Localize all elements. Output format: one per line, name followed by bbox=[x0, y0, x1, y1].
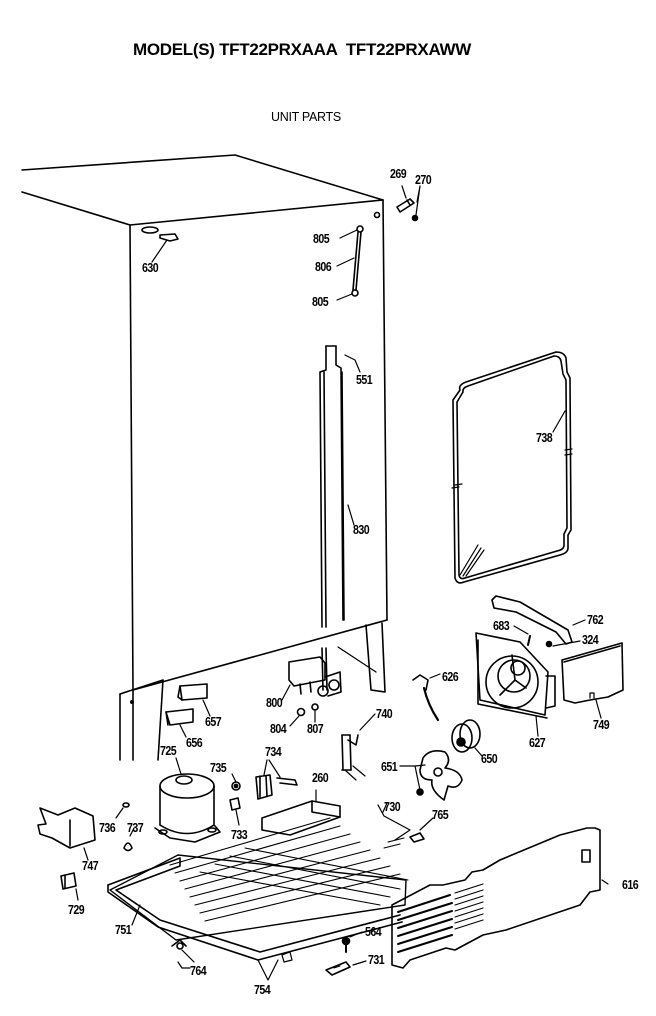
part-label-260: 260 bbox=[312, 772, 328, 785]
part-label-564: 564 bbox=[365, 926, 381, 939]
part-830-channel bbox=[320, 346, 385, 692]
part-650-motor bbox=[452, 720, 482, 756]
part-label-754: 754 bbox=[254, 984, 270, 997]
part-label-734: 734 bbox=[265, 746, 281, 759]
part-label-731: 731 bbox=[368, 954, 384, 967]
part-627-fan-shroud bbox=[476, 633, 555, 736]
part-740 bbox=[342, 714, 375, 780]
part-label-627: 627 bbox=[529, 737, 545, 750]
part-630-latch bbox=[142, 227, 178, 262]
part-label-733: 733 bbox=[231, 829, 247, 842]
part-765-clip bbox=[410, 818, 433, 842]
part-749-cover bbox=[562, 643, 623, 718]
part-800-valve bbox=[282, 648, 341, 700]
part-805-806-tube bbox=[337, 226, 363, 300]
part-label-751: 751 bbox=[115, 924, 131, 937]
part-label-656: 656 bbox=[186, 737, 202, 750]
part-label-616: 616 bbox=[622, 879, 638, 892]
part-label-804: 804 bbox=[270, 723, 286, 736]
part-label-270: 270 bbox=[415, 174, 431, 187]
part-label-740: 740 bbox=[376, 708, 392, 721]
part-label-738: 738 bbox=[536, 432, 552, 445]
part-735-733 bbox=[230, 774, 240, 825]
part-751-base-pan bbox=[108, 858, 402, 980]
part-616-grille bbox=[392, 828, 608, 968]
part-626-cord bbox=[413, 674, 440, 720]
cabinet-body bbox=[22, 155, 387, 760]
part-label-736: 736 bbox=[99, 822, 115, 835]
part-564-731 bbox=[326, 932, 366, 975]
part-label-551: 551 bbox=[356, 374, 372, 387]
part-269-270 bbox=[397, 186, 420, 221]
part-label-651: 651 bbox=[381, 761, 397, 774]
part-label-735: 735 bbox=[210, 762, 226, 775]
part-label-324: 324 bbox=[582, 634, 598, 647]
part-651-fan-blade bbox=[400, 751, 462, 800]
part-label-650: 650 bbox=[481, 753, 497, 766]
part-label-683: 683 bbox=[493, 620, 509, 633]
part-label-730: 730 bbox=[384, 801, 400, 814]
part-label-725: 725 bbox=[160, 745, 176, 758]
part-label-729: 729 bbox=[68, 904, 84, 917]
part-734-relay bbox=[256, 760, 297, 799]
part-label-764: 764 bbox=[190, 965, 206, 978]
part-label-630: 630 bbox=[142, 262, 158, 275]
part-label-830: 830 bbox=[353, 524, 369, 537]
part-label-805-bottom: 805 bbox=[312, 296, 328, 309]
part-label-626: 626 bbox=[442, 671, 458, 684]
part-730-condenser bbox=[110, 803, 410, 940]
part-747-cover bbox=[38, 808, 95, 860]
part-label-805-top: 805 bbox=[313, 233, 329, 246]
part-label-657: 657 bbox=[205, 716, 221, 729]
part-label-800: 800 bbox=[266, 697, 282, 710]
part-729 bbox=[61, 873, 78, 900]
part-738-heater bbox=[452, 352, 572, 583]
part-label-737: 737 bbox=[127, 822, 143, 835]
part-764 bbox=[172, 940, 194, 962]
part-260-pan bbox=[262, 790, 340, 835]
part-label-807: 807 bbox=[307, 723, 323, 736]
exploded-parts-diagram bbox=[0, 0, 656, 1016]
part-label-747: 747 bbox=[82, 860, 98, 873]
part-label-765: 765 bbox=[432, 809, 448, 822]
part-label-269: 269 bbox=[390, 168, 406, 181]
part-657-656-brackets bbox=[166, 684, 210, 737]
part-label-762: 762 bbox=[587, 614, 603, 627]
part-label-806: 806 bbox=[315, 261, 331, 274]
part-label-749: 749 bbox=[593, 719, 609, 732]
